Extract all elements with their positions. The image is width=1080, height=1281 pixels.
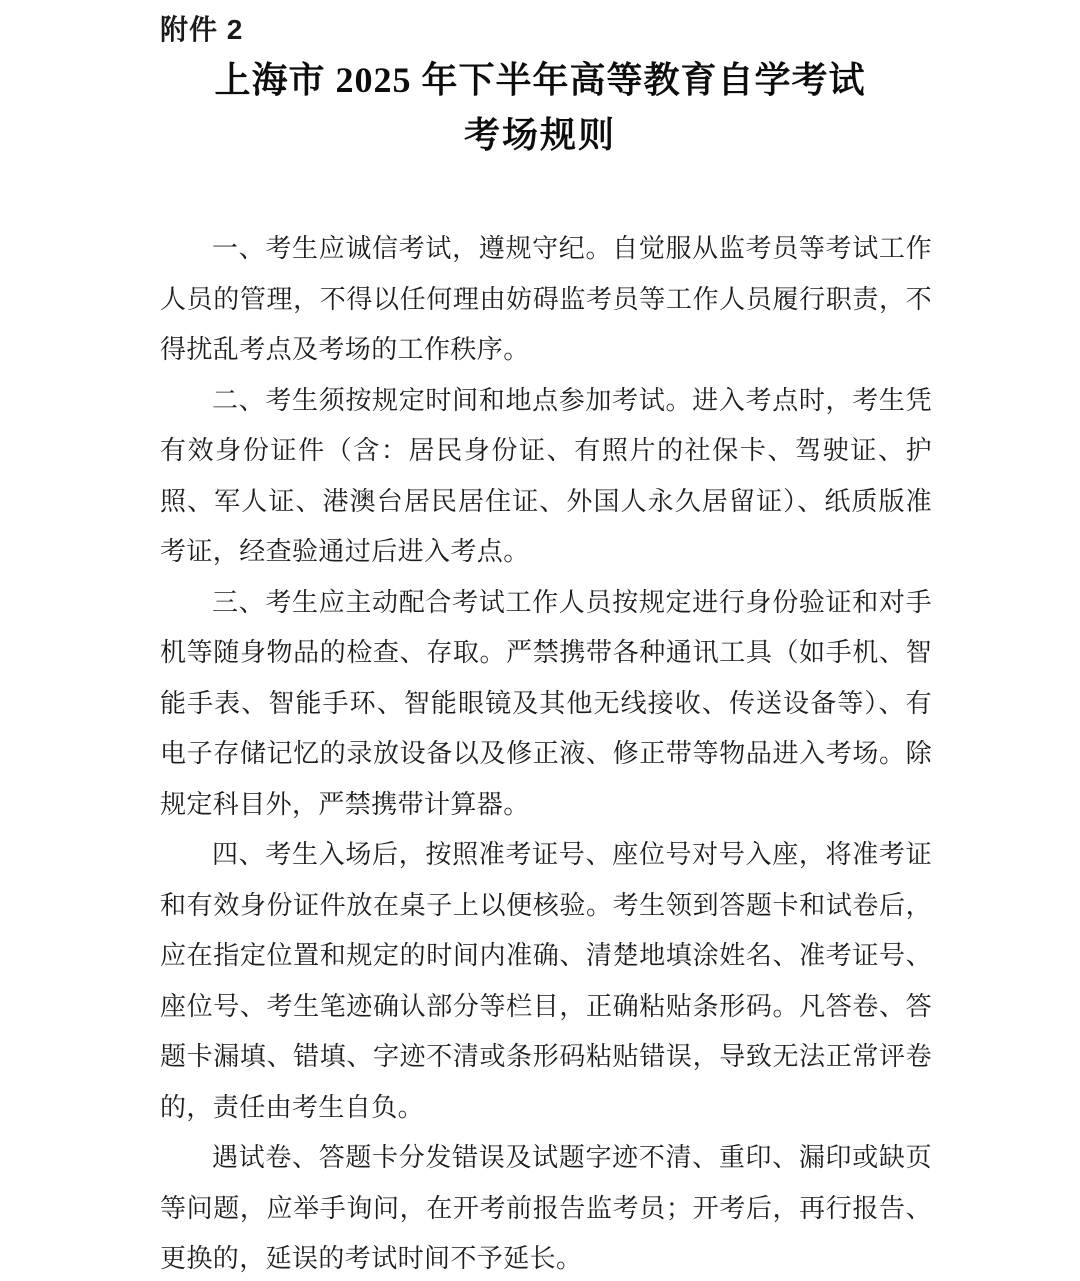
- paragraph-3: 三、考生应主动配合考试工作人员按规定进行身份验证和对手机等随身物品的检查、存取。…: [160, 578, 932, 831]
- paragraph-5: 遇试卷、答题卡分发错误及试题字迹不清、重印、漏印或缺页等问题，应举手询问，在开考…: [160, 1133, 932, 1281]
- document-title: 上海市 2025 年下半年高等教育自学考试: [0, 58, 1080, 102]
- paragraph-1: 一、考生应诚信考试，遵规守纪。自觉服从监考员等考试工作人员的管理，不得以任何理由…: [160, 224, 932, 376]
- document-body: 一、考生应诚信考试，遵规守纪。自觉服从监考员等考试工作人员的管理，不得以任何理由…: [160, 224, 932, 1281]
- document-page: 附件 2 上海市 2025 年下半年高等教育自学考试 考场规则 一、考生应诚信考…: [0, 0, 1080, 1281]
- paragraph-2: 二、考生须按规定时间和地点参加考试。进入考点时，考生凭有效身份证件（含：居民身份…: [160, 376, 932, 578]
- attachment-label: 附件 2: [160, 12, 243, 48]
- paragraph-4: 四、考生入场后，按照准考证号、座位号对号入座，将准考证和有效身份证件放在桌子上以…: [160, 830, 932, 1133]
- document-subtitle: 考场规则: [0, 113, 1080, 157]
- title-block: 上海市 2025 年下半年高等教育自学考试 考场规则: [0, 58, 1080, 157]
